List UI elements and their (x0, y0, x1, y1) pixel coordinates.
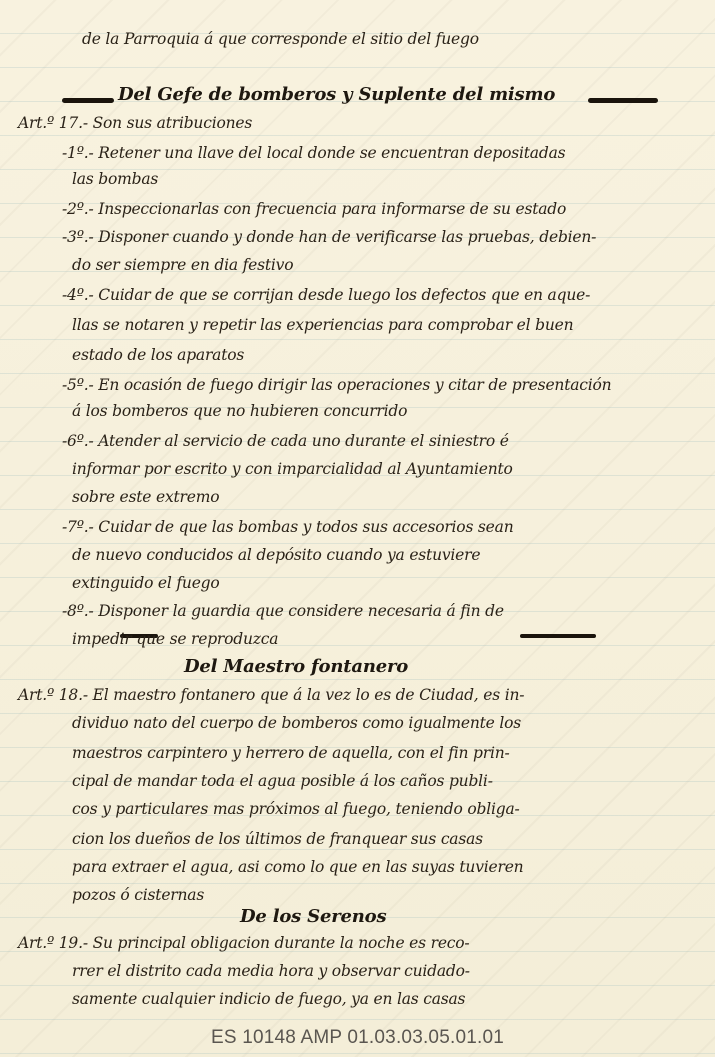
text-line: -2º.- Inspeccionarlas con frecuencia par… (62, 200, 566, 218)
text-line: impedir que se reproduzca (72, 630, 278, 648)
text-line: samente cualquier indicio de fuego, ya e… (72, 990, 465, 1008)
article-line: Art.º 18.- El maestro fontanero que á la… (18, 686, 524, 704)
text-line: de la Parroquia á que corresponde el sit… (82, 30, 479, 48)
archive-reference: ES 10148 AMP 01.03.03.05.01.01 (0, 1027, 715, 1049)
text-line: -3º.- Disponer cuando y donde han de ver… (62, 228, 596, 246)
text-line: do ser siempre en dia festivo (72, 256, 293, 274)
text-line: informar por escrito y con imparcialidad… (72, 460, 513, 478)
text-line: pozos ó cisternas (72, 886, 204, 904)
text-line: de nuevo conducidos al depósito cuando y… (72, 546, 480, 564)
article-line: Art.º 19.- Su principal obligacion duran… (18, 934, 469, 952)
text-line: sobre este extremo (72, 488, 219, 506)
text-line: -5º.- En ocasión de fuego dirigir las op… (62, 376, 611, 394)
text-line: -4º.- Cuidar de que se corrijan desde lu… (62, 286, 590, 304)
article-line: Art.º 17.- Son sus atribuciones (18, 114, 252, 132)
text-line: las bombas (72, 170, 158, 188)
heading-2-dash-right (520, 634, 596, 638)
text-line: -7º.- Cuidar de que las bombas y todos s… (62, 518, 513, 536)
text-line: llas se notaren y repetir las experienci… (72, 316, 573, 334)
heading-1-dash-right (588, 98, 658, 103)
text-line: -8º.- Disponer la guardia que considere … (62, 602, 504, 620)
text-line: cion los dueños de los últimos de franqu… (72, 830, 483, 848)
text-line: -1º.- Retener una llave del local donde … (62, 144, 565, 162)
text-line: -6º.- Atender al servicio de cada uno du… (62, 432, 509, 450)
section-heading: Del Gefe de bomberos y Suplente del mism… (118, 84, 555, 105)
text-line: á los bomberos que no hubieren concurrid… (72, 402, 407, 420)
text-line: estado de los aparatos (72, 346, 244, 364)
section-heading: Del Maestro fontanero (184, 656, 408, 677)
text-line: maestros carpintero y herrero de aquella… (72, 744, 510, 762)
text-line: cos y particulares mas próximos al fuego… (72, 800, 520, 818)
section-heading: De los Serenos (240, 906, 386, 927)
text-line: extinguido el fuego (72, 574, 220, 592)
manuscript-page: de la Parroquia á que corresponde el sit… (0, 0, 715, 1057)
text-line: rrer el distrito cada media hora y obser… (72, 962, 470, 980)
text-line: dividuo nato del cuerpo de bomberos como… (72, 714, 521, 732)
text-line: para extraer el agua, asi como lo que en… (72, 858, 523, 876)
text-line: cipal de mandar toda el agua posible á l… (72, 772, 493, 790)
heading-1-dash-left (62, 98, 114, 103)
